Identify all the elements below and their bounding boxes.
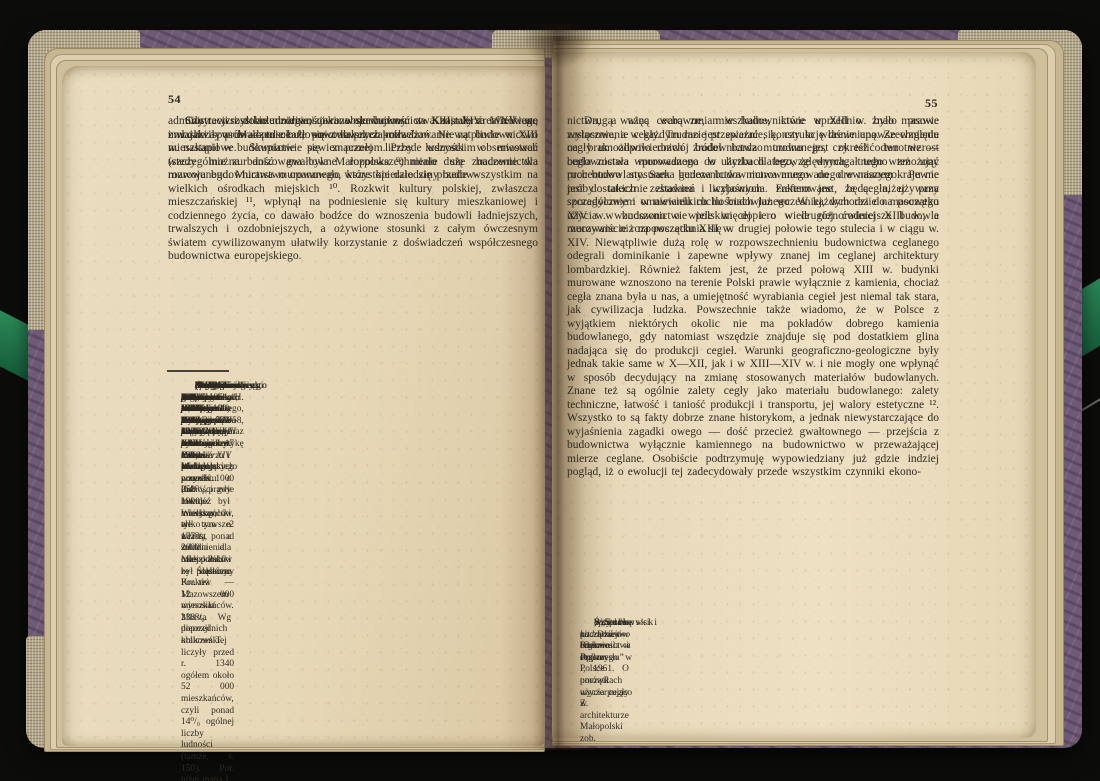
footnote-separator	[167, 370, 229, 372]
book-scan: 54 administracji i dobrze zorganizowana …	[0, 0, 1100, 781]
paragraph: Czy te wszystkie możliwości rozwoju budo…	[168, 115, 538, 183]
page-number-right: 55	[898, 96, 938, 111]
paragraph: Drugą ważną cechą zmian w budownictwie w…	[567, 115, 939, 480]
page-number-left: 54	[168, 92, 181, 107]
